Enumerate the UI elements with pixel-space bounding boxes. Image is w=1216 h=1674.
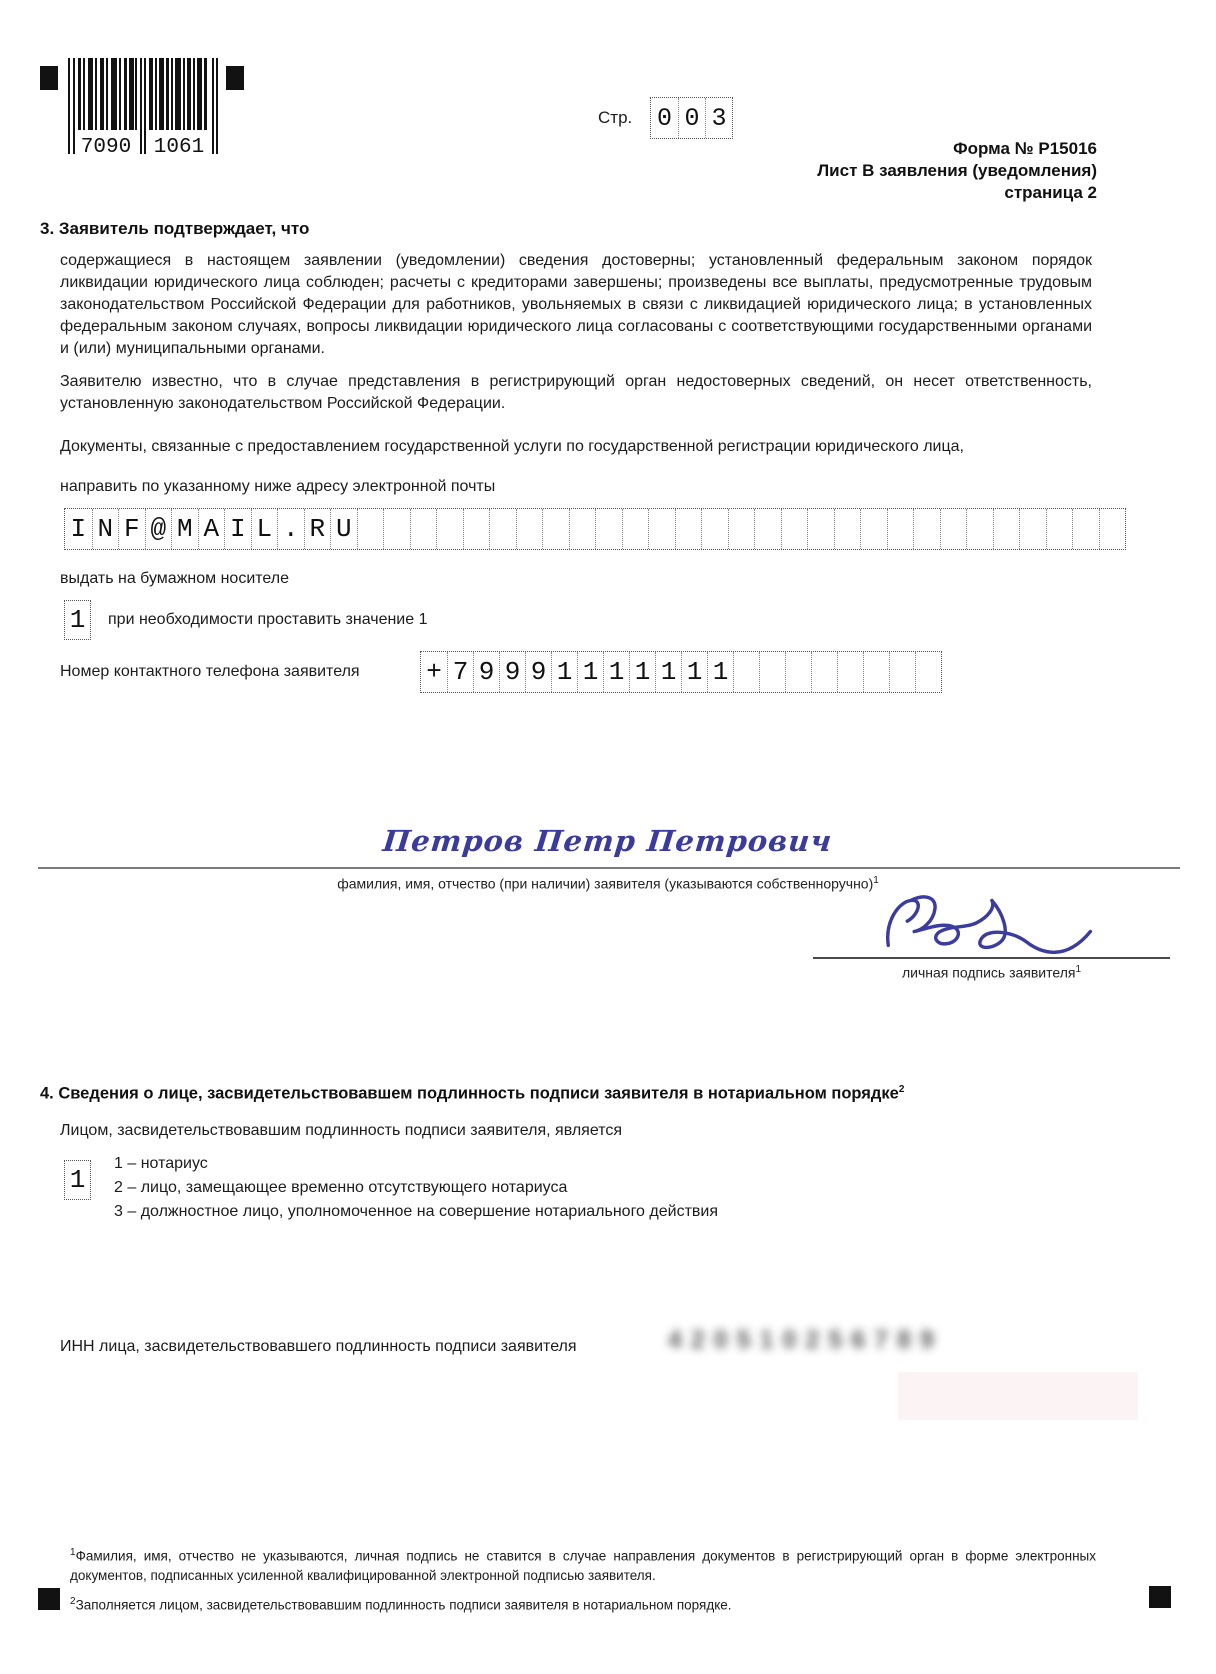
page-number-field: 003: [650, 97, 733, 139]
char-cell: [915, 652, 941, 692]
sheet-page: страница 2: [817, 182, 1097, 204]
char-cell: F: [118, 509, 145, 549]
char-cell: [834, 509, 861, 549]
char-cell: [701, 509, 728, 549]
char-cell: [675, 509, 702, 549]
form-number: Форма № Р15016: [817, 138, 1097, 160]
inn-label: ИНН лица, засвидетельствовавшего подлинн…: [60, 1338, 577, 1356]
char-cell: 9: [499, 652, 525, 692]
char-cell: 1: [551, 652, 577, 692]
char-cell: M: [171, 509, 198, 549]
section4-intro: Лицом, засвидетельствовавшим подлинность…: [60, 1122, 622, 1140]
barcode-image: 7090 1061: [68, 58, 218, 158]
scan-artifact: [898, 1372, 1138, 1420]
footnote-2-text: Заполняется лицом, засвидетельствовавшим…: [76, 1598, 732, 1613]
footnote-1-text: Фамилия, имя, отчество не указываются, л…: [70, 1549, 1096, 1583]
char-cell: 1: [629, 652, 655, 692]
name-underline: [38, 867, 1180, 869]
char-cell: I: [224, 509, 251, 549]
char-cell: [966, 509, 993, 549]
char-cell: 1: [681, 652, 707, 692]
section3-paragraph1: содержащиеся в настоящем заявлении (увед…: [60, 250, 1092, 360]
char-cell: [781, 509, 808, 549]
personal-signature: [855, 878, 1115, 978]
signature-caption: личная подпись заявителя1: [813, 964, 1170, 981]
char-cell: [1046, 509, 1073, 549]
section4-heading: 4. Сведения о лице, засвидетельствовавше…: [40, 1084, 904, 1104]
char-cell: [622, 509, 649, 549]
char-cell: A: [198, 509, 225, 549]
form-header: Форма № Р15016 Лист В заявления (уведомл…: [817, 138, 1097, 204]
form-page: 7090 1061 Стр. 003 Форма № Р15016 Лист В…: [0, 0, 1216, 1674]
sheet-title: Лист В заявления (уведомления): [817, 160, 1097, 182]
char-cell: [357, 509, 384, 549]
char-cell: 3: [705, 98, 732, 138]
section3-paragraph2: Заявителю известно, что в случае предста…: [60, 371, 1092, 415]
section3-heading: 3. Заявитель подтверждает, что: [40, 219, 309, 239]
char-cell: [648, 509, 675, 549]
char-cell: @: [145, 509, 172, 549]
char-cell: [993, 509, 1020, 549]
char-cell: 7: [447, 652, 473, 692]
signature-underline: [813, 957, 1170, 959]
char-cell: [940, 509, 967, 549]
char-cell: [733, 652, 759, 692]
applicant-name-handwritten-wrap: Петров Петр Петрович: [0, 824, 1216, 858]
char-cell: [1072, 509, 1099, 549]
phone-field[interactable]: +79991111111: [420, 651, 942, 693]
registration-mark-bottom-right: [1149, 1586, 1171, 1608]
char-cell: [436, 509, 463, 549]
char-cell: 1: [655, 652, 681, 692]
char-cell: U: [330, 509, 357, 549]
char-cell: [889, 652, 915, 692]
char-cell: 0: [651, 98, 678, 138]
paper-copy-label: выдать на бумажном носителе: [60, 570, 289, 588]
char-cell: 1: [603, 652, 629, 692]
paper-copy-hint: при необходимости проставить значение 1: [108, 611, 427, 629]
char-cell: [863, 652, 889, 692]
registration-mark-top-right-of-barcode: [226, 66, 244, 90]
char-cell: [887, 509, 914, 549]
notary-option-3: 3 – должностное лицо, уполномоченное на …: [114, 1200, 718, 1224]
char-cell: [811, 652, 837, 692]
char-cell: .: [277, 509, 304, 549]
notary-type-value-box[interactable]: 1: [64, 1160, 91, 1200]
char-cell: [489, 509, 516, 549]
char-cell: [569, 509, 596, 549]
notary-option-1: 1 – нотариус: [114, 1152, 718, 1176]
inn-value-redacted: 420510256789: [668, 1326, 943, 1355]
char-cell: [542, 509, 569, 549]
char-cell: N: [92, 509, 119, 549]
char-cell: 0: [678, 98, 705, 138]
name-caption-text: фамилия, имя, отчество (при наличии) зая…: [337, 876, 873, 892]
char-cell: 9: [473, 652, 499, 692]
signature-caption-text: личная подпись заявителя: [902, 965, 1075, 981]
char-cell: [516, 509, 543, 549]
char-cell: [807, 509, 834, 549]
email-label: направить по указанному ниже адресу элек…: [60, 478, 495, 496]
char-cell: [728, 509, 755, 549]
registration-mark-top-left: [40, 66, 58, 90]
char-cell: [410, 509, 437, 549]
footnote-1: 1Фамилия, имя, отчество не указываются, …: [70, 1543, 1096, 1585]
notary-type-options: 1 – нотариус 2 – лицо, замещающее времен…: [114, 1152, 718, 1224]
char-cell: [913, 509, 940, 549]
char-cell: [860, 509, 887, 549]
char-cell: 1: [707, 652, 733, 692]
registration-mark-bottom-left: [38, 1588, 60, 1610]
char-cell: [595, 509, 622, 549]
char-cell: [837, 652, 863, 692]
char-cell: [759, 652, 785, 692]
char-cell: [1099, 509, 1126, 549]
phone-label: Номер контактного телефона заявителя: [60, 663, 360, 681]
section4-heading-text: 4. Сведения о лице, засвидетельствовавше…: [40, 1085, 899, 1103]
char-cell: 9: [525, 652, 551, 692]
section4-heading-footref: 2: [899, 1084, 905, 1095]
barcode-digits-right: 1061: [154, 136, 204, 158]
paper-copy-value-box[interactable]: 1: [64, 600, 91, 640]
char-cell: [463, 509, 490, 549]
char-cell: +: [421, 652, 447, 692]
section3-paragraph3: Документы, связанные с предоставлением г…: [60, 436, 1092, 458]
signature-caption-footref: 1: [1075, 964, 1081, 975]
page-number-label: Стр.: [598, 108, 632, 128]
char-cell: [1019, 509, 1046, 549]
char-cell: L: [251, 509, 278, 549]
signature-ink: [855, 878, 1115, 973]
char-cell: R: [304, 509, 331, 549]
char-cell: I: [65, 509, 92, 549]
char-cell: [785, 652, 811, 692]
char-cell: [383, 509, 410, 549]
notary-option-2: 2 – лицо, замещающее временно отсутствую…: [114, 1176, 718, 1200]
footnote-2: 2Заполняется лицом, засвидетельствовавши…: [70, 1592, 1096, 1615]
email-field[interactable]: INF@MAIL.RU: [64, 508, 1126, 550]
barcode: 7090 1061: [68, 58, 218, 163]
applicant-name-handwritten: Петров Петр Петрович: [382, 824, 835, 858]
char-cell: 1: [577, 652, 603, 692]
char-cell: [754, 509, 781, 549]
barcode-digits-left: 7090: [81, 136, 131, 158]
